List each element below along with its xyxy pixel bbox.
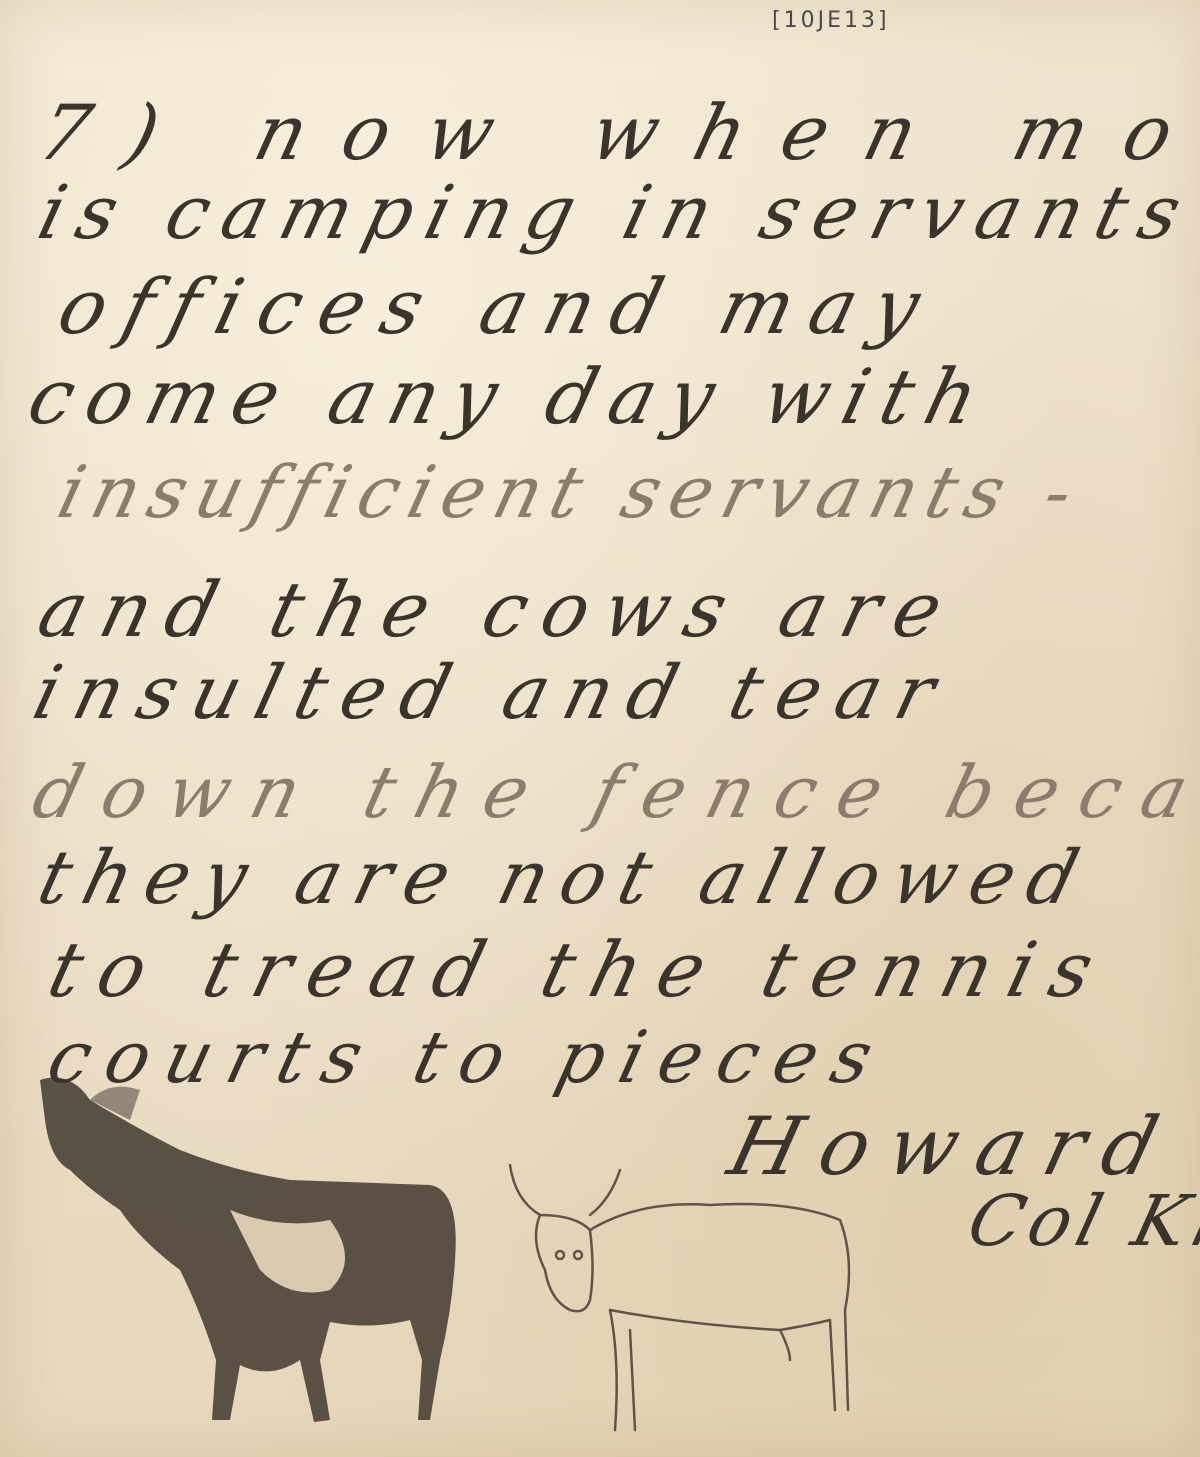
handwritten-line-8: down the fence because [25,750,1200,834]
handwritten-line-1: 7) now when mother [30,88,1200,177]
letter-page: [10JE13] 7) now when mother is camping i… [0,0,1200,1457]
outline-bull-illustration [490,1160,880,1450]
archive-label: [10JE13] [772,8,890,33]
handwritten-line-3: offices and may [50,262,947,351]
handwritten-line-9: they are not allowed [30,835,1101,921]
handwritten-line-4: come any day with [20,352,1001,441]
handwritten-line-6: and the cows are [30,565,967,654]
handwritten-line-10: to tread the tennis [40,925,1120,1014]
handwritten-line-2: is camping in servants [30,170,1200,256]
signature-postscript: Col Kr [960,1180,1200,1262]
dark-cow-illustration [30,1060,470,1430]
handwritten-line-7: insulted and tear [25,650,959,736]
handwritten-line-5: insufficient servants - [50,450,1091,534]
